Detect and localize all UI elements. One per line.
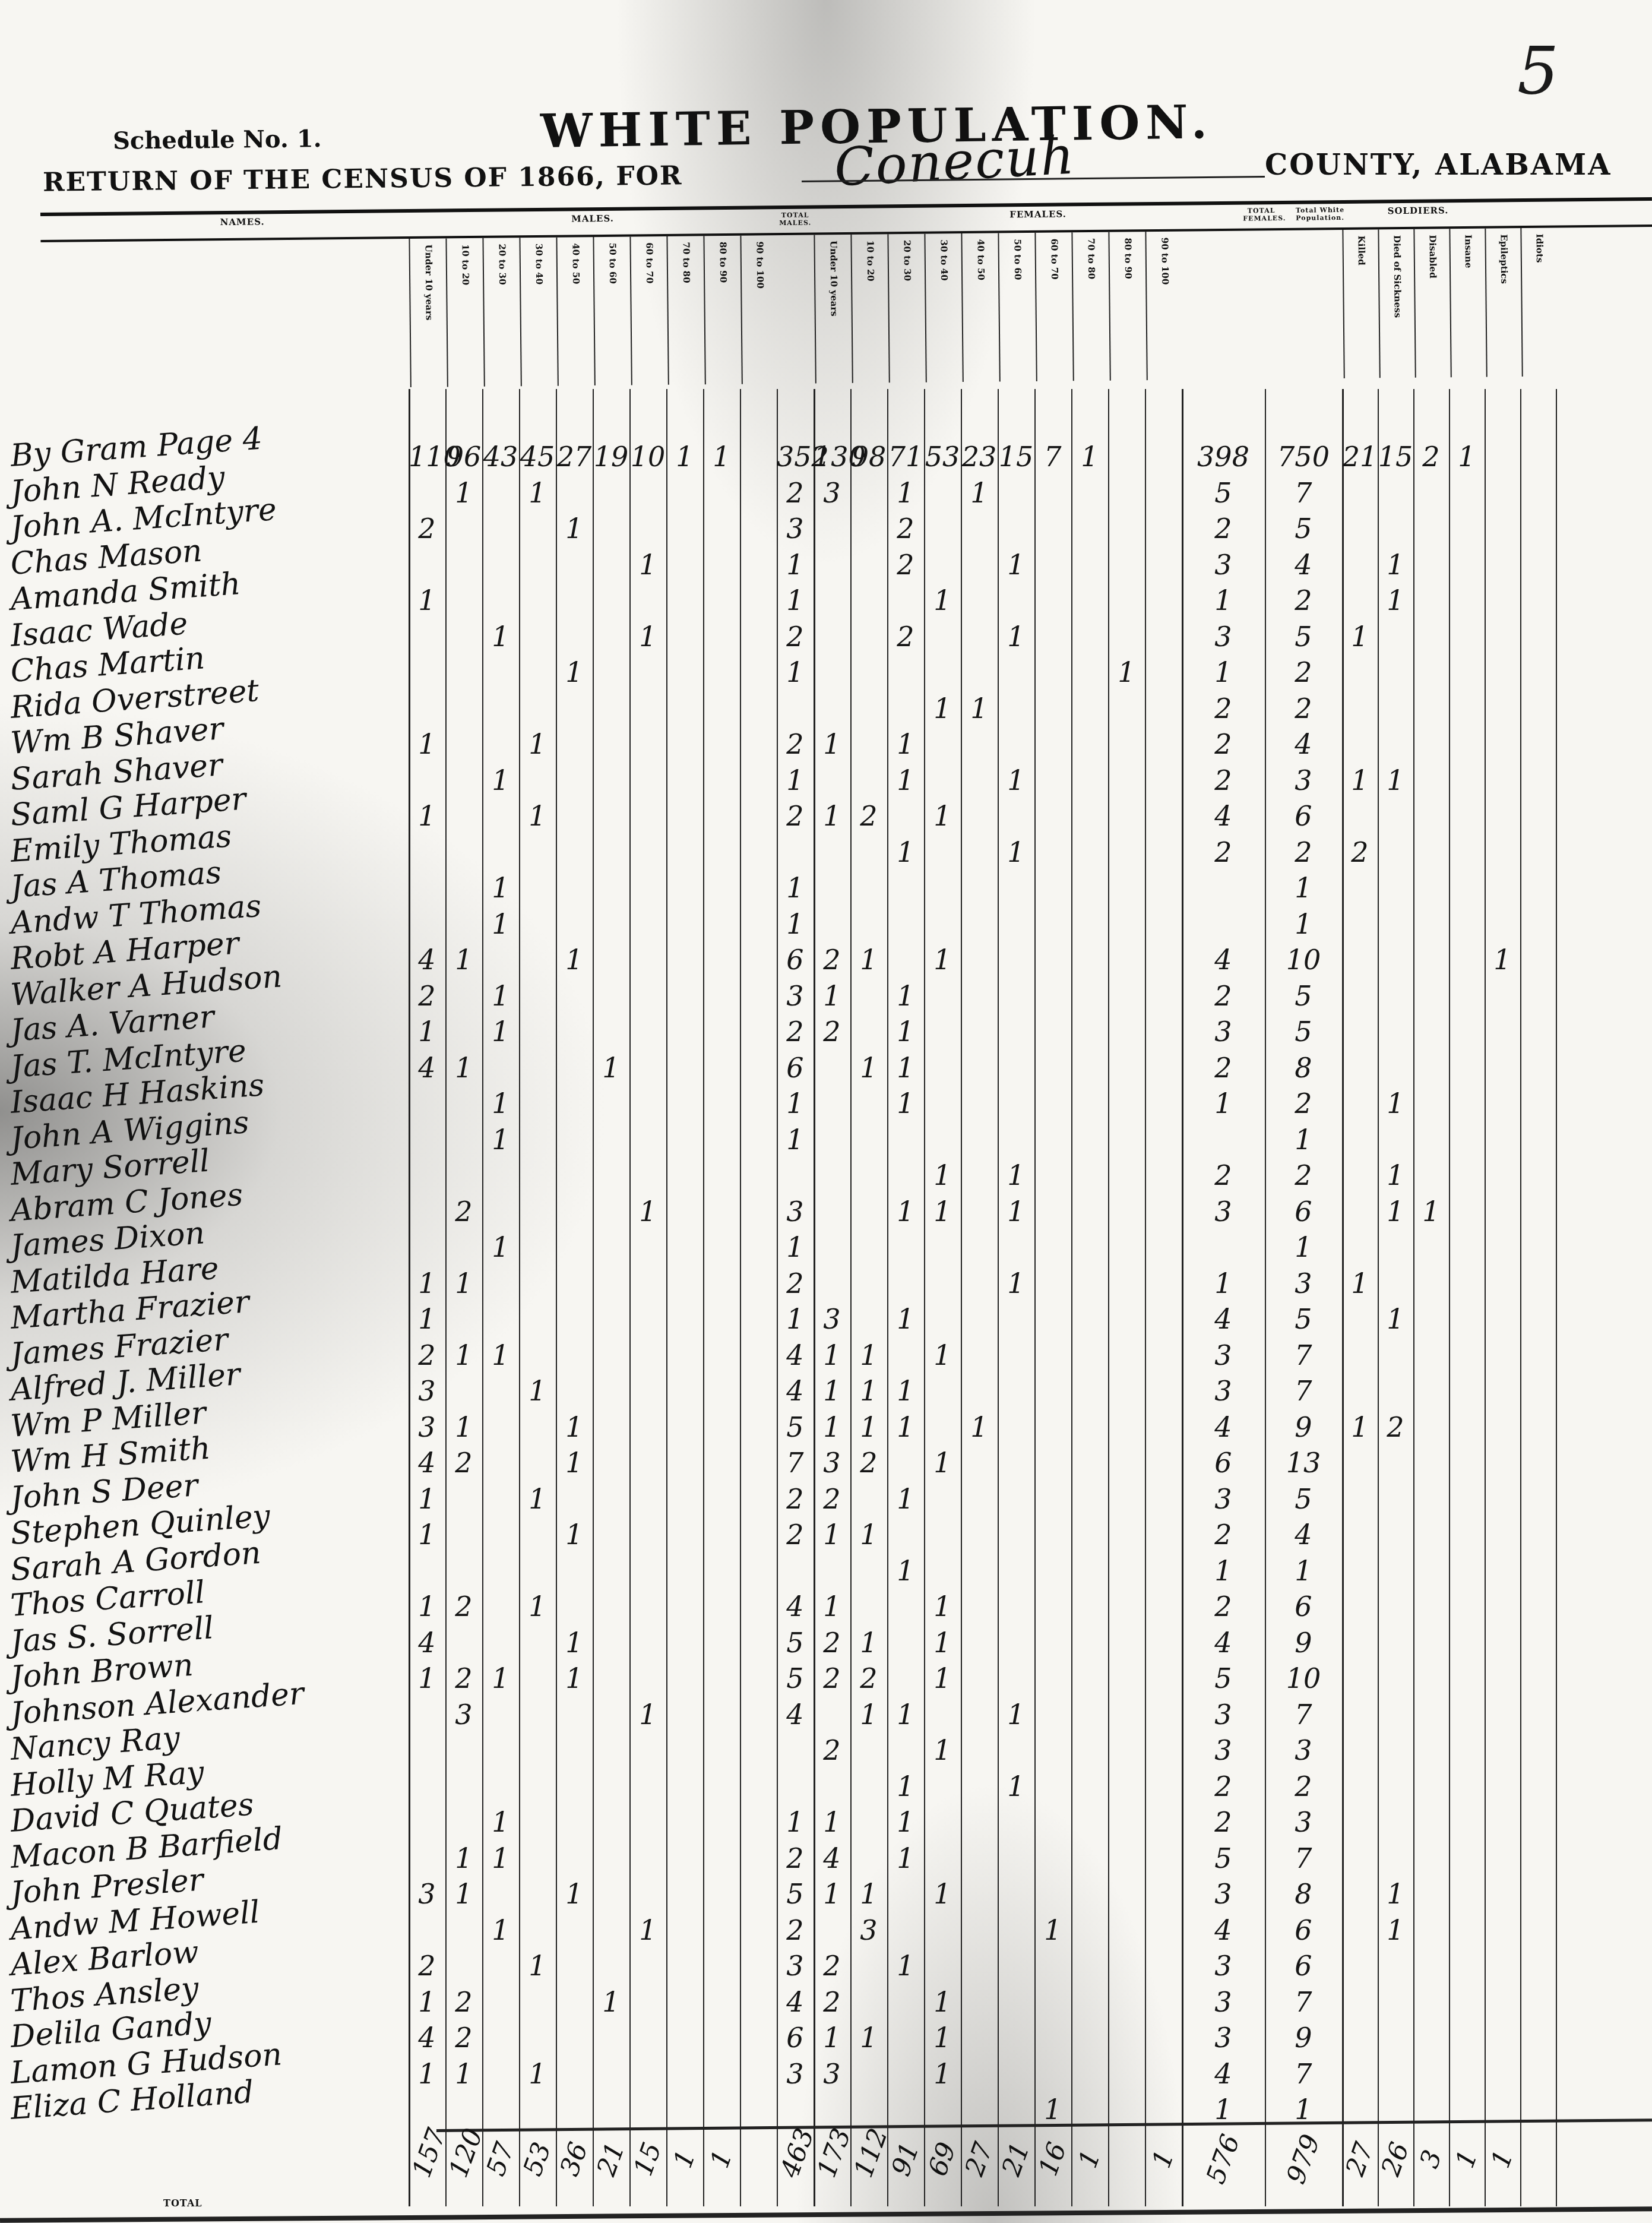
total-cell: 16 [1032, 2137, 1073, 2182]
tally-cell: 3 [1182, 1699, 1265, 1731]
census-row: Sarah Shaver11112311 [0, 763, 1652, 800]
tally-cell: 1 [924, 1878, 961, 1910]
tally-cell: 1 [482, 908, 519, 940]
tally-cell: 1 [629, 1196, 666, 1228]
tally-cell: 1 [445, 1052, 482, 1084]
tally-cell: 1 [1449, 441, 1485, 473]
tally-cell: 2 [777, 621, 814, 653]
tally-cell: 1 [666, 441, 703, 473]
tally-cell: 1 [1265, 1231, 1342, 1263]
tally-cell: 1 [482, 1842, 519, 1874]
tally-cell: 7 [1265, 1699, 1342, 1731]
tally-cell: 2 [814, 1016, 850, 1048]
tally-cell: 2 [445, 1662, 482, 1694]
tally-cell: 1 [519, 1375, 556, 1407]
tally-cell: 2 [1182, 728, 1265, 760]
total-cell: 26 [1375, 2137, 1416, 2181]
tally-cell: 6 [777, 944, 814, 976]
census-row: Andw T Thomas111 [0, 907, 1652, 944]
tally-cell: 1 [887, 1483, 924, 1515]
tally-cell: 2 [1182, 1159, 1265, 1191]
tally-cell: 1 [593, 1052, 629, 1084]
tally-cell: 4 [1182, 1914, 1265, 1946]
tally-cell: 1 [777, 908, 814, 940]
tally-cell: 1 [409, 1590, 445, 1623]
tally-cell: 1 [519, 1950, 556, 1982]
census-row: Chas Mason1121341 [0, 548, 1652, 584]
tally-cell: 1 [1265, 872, 1342, 904]
tally-cell: 9 [1265, 1411, 1342, 1443]
tally-cell: 1 [1342, 764, 1378, 796]
census-row: John A Wiggins111 [0, 1122, 1652, 1159]
tally-cell: 3 [1265, 1267, 1342, 1299]
tally-cell: 1 [850, 1627, 887, 1659]
tally-cell: 1 [961, 1411, 998, 1443]
tally-cell: 4 [777, 1986, 814, 2018]
tally-cell: 1 [1265, 908, 1342, 940]
tally-cell: 15 [1378, 441, 1413, 473]
tally-cell: 1 [1378, 549, 1413, 581]
tally-cell: 1 [1182, 584, 1265, 616]
total-cell: 112 [848, 2137, 889, 2182]
tally-cell: 4 [1265, 728, 1342, 760]
tally-cell: 1 [887, 1411, 924, 1443]
census-row: Jas S. Sorrell41521149 [0, 1626, 1652, 1662]
tally-cell: 1 [850, 944, 887, 976]
tally-cell: 3 [777, 2058, 814, 2090]
tally-cell: 1 [482, 1087, 519, 1120]
tally-cell: 4 [1182, 944, 1265, 976]
tally-cell: 1 [850, 1339, 887, 1371]
tally-cell: 2 [777, 1519, 814, 1551]
tally-cell: 3 [1182, 1375, 1265, 1407]
tally-cell: 1 [998, 1196, 1034, 1228]
tally-cell: 1 [482, 1231, 519, 1263]
tally-cell: 5 [1265, 1303, 1342, 1335]
total-cell: 27 [958, 2137, 999, 2182]
tally-cell: 1 [409, 800, 445, 832]
tally-cell: 3 [1182, 1986, 1265, 2018]
tally-cell: 1 [556, 1411, 593, 1443]
tally-cell: 4 [777, 1339, 814, 1371]
total-cell: 57 [480, 2137, 521, 2182]
tally-cell: 2 [1182, 1052, 1265, 1084]
tally-cell: 2 [887, 513, 924, 545]
tally-cell: 2 [850, 1662, 887, 1694]
tally-cell: 1 [482, 1662, 519, 1694]
tally-cell: 1 [887, 1016, 924, 1048]
tally-cell: 1 [887, 477, 924, 509]
tally-cell: 3 [1265, 1734, 1342, 1766]
tally-cell: 1 [998, 1159, 1034, 1191]
tally-cell: 1 [1378, 1878, 1413, 1910]
tally-cell: 3 [777, 1950, 814, 1982]
tally-cell: 7 [1265, 1375, 1342, 1407]
tally-cell: 1 [1342, 1411, 1378, 1443]
tally-cell: 1 [519, 1590, 556, 1623]
tally-cell: 6 [1265, 1914, 1342, 1946]
tally-cell: 1 [409, 1303, 445, 1335]
tally-cell: 1 [482, 1914, 519, 1946]
tally-cell: 5 [777, 1411, 814, 1443]
tally-cell: 2 [777, 1483, 814, 1515]
tally-cell: 4 [409, 1627, 445, 1659]
tally-cell: 3 [777, 513, 814, 545]
tally-cell: 2 [1182, 513, 1265, 545]
tally-cell: 10 [1265, 944, 1342, 976]
tally-cell: 3 [1182, 1878, 1265, 1910]
tally-cell: 2 [445, 1590, 482, 1623]
census-row: James Dixon111 [0, 1230, 1652, 1267]
tally-cell: 2 [814, 1986, 850, 2018]
tally-cell: 3 [409, 1375, 445, 1407]
tally-cell: 1 [1378, 1196, 1413, 1228]
tally-cell: 3 [1182, 2022, 1265, 2054]
tally-cell: 7 [777, 1447, 814, 1479]
tally-cell: 2 [1182, 980, 1265, 1012]
tally-cell: 1 [777, 764, 814, 796]
total-cell: 27 [1340, 2137, 1380, 2181]
tally-cell: 1 [887, 1770, 924, 1803]
tally-cell: 1 [887, 1087, 924, 1120]
tally-cell: 1 [777, 1087, 814, 1120]
tally-cell: 3 [814, 2058, 850, 2090]
tally-cell: 2 [1182, 1770, 1265, 1803]
tally-cell: 3 [1265, 1806, 1342, 1838]
tally-cell: 1 [998, 764, 1034, 796]
tally-cell: 3 [409, 1411, 445, 1443]
tally-cell: 3 [814, 477, 850, 509]
tally-cell: 1 [1182, 1555, 1265, 1587]
total-cell: 157 [406, 2137, 447, 2182]
tally-cell: 1 [887, 1375, 924, 1407]
tally-cell: 1 [924, 1627, 961, 1659]
tally-cell: 1 [887, 1806, 924, 1838]
tally-cell: 2 [777, 1016, 814, 1048]
tally-cell: 1 [556, 656, 593, 688]
tally-cell: 1 [777, 584, 814, 616]
tally-cell: 1 [924, 584, 961, 616]
tally-cell: 1 [482, 1339, 519, 1371]
tally-cell: 1 [409, 1662, 445, 1694]
census-row: Walker A Hudson2131125 [0, 979, 1652, 1016]
tally-cell: 1 [850, 2022, 887, 2054]
census-row: Andw M Howell11231461 [0, 1913, 1652, 1950]
tally-cell: 1 [519, 1483, 556, 1515]
tally-cell: 1 [777, 1124, 814, 1156]
tally-cell: 1 [519, 800, 556, 832]
tally-cell: 2 [1413, 441, 1449, 473]
tally-cell: 1 [998, 1770, 1034, 1803]
tally-cell: 4 [1182, 1303, 1265, 1335]
tally-cell: 1 [814, 1519, 850, 1551]
tally-cell: 1 [814, 800, 850, 832]
tally-cell: 1 [445, 1411, 482, 1443]
tally-cell: 7 [1034, 441, 1071, 473]
census-row: Martha Frazier1131451 [0, 1302, 1652, 1339]
tally-cell: 1 [409, 584, 445, 616]
total-cell: 1 [701, 2137, 742, 2182]
total-cell: 1 [1143, 2137, 1183, 2182]
tally-cell: 2 [445, 1196, 482, 1228]
tally-cell: 1 [850, 1699, 887, 1731]
tally-cell: 2 [814, 944, 850, 976]
tally-cell: 1 [998, 1267, 1034, 1299]
tally-cell: 1 [593, 1986, 629, 2018]
tally-cell: 1 [1182, 1087, 1265, 1120]
total-cell: 1 [664, 2137, 705, 2182]
tally-cell: 2 [814, 1662, 850, 1694]
total-cell: 21 [995, 2137, 1036, 2182]
census-row: Abram C Jones2131113611 [0, 1194, 1652, 1231]
tally-cell: 2 [1378, 1411, 1413, 1443]
tally-cell: 1 [850, 1375, 887, 1407]
tally-cell: 2 [1182, 1806, 1265, 1838]
tally-cell: 1 [629, 1914, 666, 1946]
tally-cell: 2 [409, 513, 445, 545]
tally-cell: 1 [814, 1878, 850, 1910]
tally-cell: 43 [482, 441, 519, 473]
tally-cell: 1 [814, 980, 850, 1012]
tally-cell: 8 [1265, 1052, 1342, 1084]
tally-cell: 2 [409, 980, 445, 1012]
tally-cell: 1 [887, 764, 924, 796]
census-row: Emily Thomas11222 [0, 835, 1652, 872]
total-cell: 15 [627, 2137, 668, 2182]
tally-cell: 398 [1182, 441, 1265, 473]
tally-cell: 1 [924, 2058, 961, 2090]
tally-cell: 6 [1265, 1590, 1342, 1623]
total-cell: 69 [922, 2137, 963, 2182]
tally-cell: 2 [445, 1447, 482, 1479]
tally-cell: 1 [777, 549, 814, 581]
tally-cell: 2 [777, 728, 814, 760]
tally-cell: 1 [519, 2058, 556, 2090]
tally-cell: 1 [924, 1447, 961, 1479]
tally-cell: 1 [482, 1124, 519, 1156]
tally-cell: 7 [1265, 2058, 1342, 2090]
tally-cell: 1 [519, 477, 556, 509]
tally-cell: 5 [777, 1878, 814, 1910]
tally-cell: 1 [482, 872, 519, 904]
tally-cell: 1 [482, 1806, 519, 1838]
total-cell: 463 [774, 2137, 815, 2182]
tally-cell: 1 [445, 1267, 482, 1299]
tally-cell: 1 [924, 1986, 961, 2018]
tally-cell: 3 [1182, 621, 1265, 653]
census-row: Alfred J. Miller31411137 [0, 1374, 1652, 1411]
tally-cell: 3 [777, 1196, 814, 1228]
tally-cell: 1 [445, 1878, 482, 1910]
tally-cell: 6 [1182, 1447, 1265, 1479]
tally-cell: 1 [1378, 584, 1413, 616]
tally-cell: 2 [1342, 836, 1378, 868]
tally-cell: 1 [814, 1375, 850, 1407]
tally-cell: 1 [777, 1231, 814, 1263]
tally-cell: 5 [1265, 1483, 1342, 1515]
tally-cell: 4 [1182, 2058, 1265, 2090]
tally-cell: 2 [445, 2022, 482, 2054]
tally-cell: 1 [924, 1590, 961, 1623]
tally-cell: 6 [1265, 800, 1342, 832]
tally-cell: 1 [961, 692, 998, 725]
tally-cell: 9 [1265, 2022, 1342, 2054]
tally-cell: 3 [1182, 1483, 1265, 1515]
tally-cell: 13 [1265, 1447, 1342, 1479]
census-rows: By Gram Page 411096434527191011352130987… [0, 0, 1652, 2223]
tally-cell: 5 [777, 1662, 814, 1694]
census-row: Wm H Smith4217321613 [0, 1446, 1652, 1482]
tally-cell: 5 [1265, 1016, 1342, 1048]
tally-cell: 1 [887, 1842, 924, 1874]
tally-cell: 1 [850, 1052, 887, 1084]
census-row: Nancy Ray2133 [0, 1733, 1652, 1770]
census-row: Amanda Smith111121 [0, 583, 1652, 620]
tally-cell: 1 [409, 1016, 445, 1048]
tally-cell: 1 [1378, 764, 1413, 796]
census-row: Sarah A Gordon111 [0, 1554, 1652, 1590]
tally-cell: 3 [1182, 1196, 1265, 1228]
tally-cell: 1 [409, 728, 445, 760]
tally-cell: 27 [556, 441, 593, 473]
tally-cell: 3 [777, 980, 814, 1012]
tally-cell: 1 [887, 836, 924, 868]
tally-cell: 2 [814, 1734, 850, 1766]
tally-cell: 1 [777, 872, 814, 904]
tally-cell: 2 [1182, 1519, 1265, 1551]
total-cell: 53 [517, 2137, 558, 2182]
tally-cell: 1 [924, 1339, 961, 1371]
tally-cell: 1 [777, 1303, 814, 1335]
tally-cell: 3 [409, 1878, 445, 1910]
tally-cell: 1 [998, 1699, 1034, 1731]
tally-cell: 2 [1265, 836, 1342, 868]
tally-cell: 1 [924, 2022, 961, 2054]
tally-cell: 7 [1265, 477, 1342, 509]
tally-cell: 1 [1034, 2094, 1071, 2126]
tally-cell: 1 [1378, 1303, 1413, 1335]
tally-cell: 1 [998, 836, 1034, 868]
tally-cell: 1 [1378, 1914, 1413, 1946]
tally-cell: 2 [409, 1339, 445, 1371]
tally-cell: 2 [814, 1483, 850, 1515]
tally-cell: 1 [1342, 621, 1378, 653]
census-row: John A. McIntyre213225 [0, 511, 1652, 548]
tally-cell: 96 [445, 441, 482, 473]
tally-cell: 10 [629, 441, 666, 473]
census-row: By Gram Page 411096434527191011352130987… [0, 439, 1652, 476]
tally-cell: 750 [1265, 441, 1342, 473]
tally-cell: 15 [998, 441, 1034, 473]
tally-cell: 2 [1265, 1770, 1342, 1803]
tally-cell: 7 [1265, 1842, 1342, 1874]
census-row: Thos Ansley12142137 [0, 1985, 1652, 2022]
tally-cell: 1 [924, 692, 961, 725]
tally-cell: 1 [409, 1519, 445, 1551]
total-cell: 1 [1482, 2137, 1523, 2181]
tally-cell: 4 [814, 1842, 850, 1874]
tally-cell: 3 [1182, 1339, 1265, 1371]
tally-cell: 130 [814, 441, 850, 473]
tally-cell: 4 [409, 1447, 445, 1479]
tally-cell: 1 [850, 1411, 887, 1443]
tally-cell: 4 [777, 1375, 814, 1407]
tally-cell: 1 [1108, 656, 1145, 688]
tally-cell: 53 [924, 441, 961, 473]
tally-cell: 3 [1182, 1950, 1265, 1982]
total-cell: 173 [811, 2137, 852, 2182]
tally-cell: 1 [887, 728, 924, 760]
tally-cell: 4 [1265, 1519, 1342, 1551]
tally-cell: 1 [887, 1052, 924, 1084]
tally-cell: 1 [556, 1627, 593, 1659]
tally-cell: 1 [556, 1447, 593, 1479]
tally-cell: 1 [814, 2022, 850, 2054]
tally-cell: 4 [409, 944, 445, 976]
tally-cell: 2 [850, 800, 887, 832]
tally-cell: 3 [445, 1699, 482, 1731]
tally-cell: 1 [924, 800, 961, 832]
tally-cell: 2 [409, 1950, 445, 1982]
tally-cell: 21 [1342, 441, 1378, 473]
tally-cell: 1 [703, 441, 740, 473]
tally-cell: 2 [814, 1627, 850, 1659]
tally-cell: 1 [777, 656, 814, 688]
tally-cell: 3 [1265, 764, 1342, 796]
tally-cell: 1 [1182, 656, 1265, 688]
tally-cell: 1 [629, 621, 666, 653]
tally-cell: 1 [924, 1159, 961, 1191]
tally-cell: 4 [1182, 1627, 1265, 1659]
tally-cell: 1 [445, 1842, 482, 1874]
tally-cell: 1 [1378, 1087, 1413, 1120]
tally-cell: 1 [998, 549, 1034, 581]
tally-cell: 2 [887, 549, 924, 581]
tally-cell: 98 [850, 441, 887, 473]
tally-cell: 1 [814, 1590, 850, 1623]
tally-cell: 2 [1182, 836, 1265, 868]
tally-cell: 1 [1378, 1159, 1413, 1191]
tally-cell: 2 [1265, 584, 1342, 616]
census-row: Rida Overstreet1122 [0, 691, 1652, 728]
tally-cell: 1 [998, 621, 1034, 653]
tally-cell: 2 [777, 1914, 814, 1946]
tally-cell: 1 [924, 1196, 961, 1228]
tally-cell: 19 [593, 441, 629, 473]
tally-cell: 3 [1182, 1734, 1265, 1766]
total-cell: 36 [553, 2137, 594, 2182]
tally-cell: 5 [777, 1627, 814, 1659]
tally-cell: 1 [409, 1986, 445, 2018]
tally-cell: 1 [1182, 1267, 1265, 1299]
tally-cell: 7 [1265, 1339, 1342, 1371]
totals-row: 1571205753362115114631731129169272116115… [0, 2138, 1652, 2203]
tally-cell: 5 [1265, 513, 1342, 545]
tally-cell: 8 [1265, 1878, 1342, 1910]
census-row: Jas A. Varner1122135 [0, 1014, 1652, 1051]
total-cell: 120 [443, 2137, 484, 2182]
tally-cell: 4 [409, 1052, 445, 1084]
tally-cell: 1 [482, 621, 519, 653]
tally-cell: 5 [1265, 621, 1342, 653]
tally-cell: 5 [1182, 1842, 1265, 1874]
tally-cell: 3 [1182, 549, 1265, 581]
tally-cell: 1 [1034, 1914, 1071, 1946]
census-row: Alex Barlow2132136 [0, 1949, 1652, 1985]
tally-cell: 3 [850, 1914, 887, 1946]
census-row: Mary Sorrell11221 [0, 1158, 1652, 1195]
tally-cell: 1 [445, 1339, 482, 1371]
